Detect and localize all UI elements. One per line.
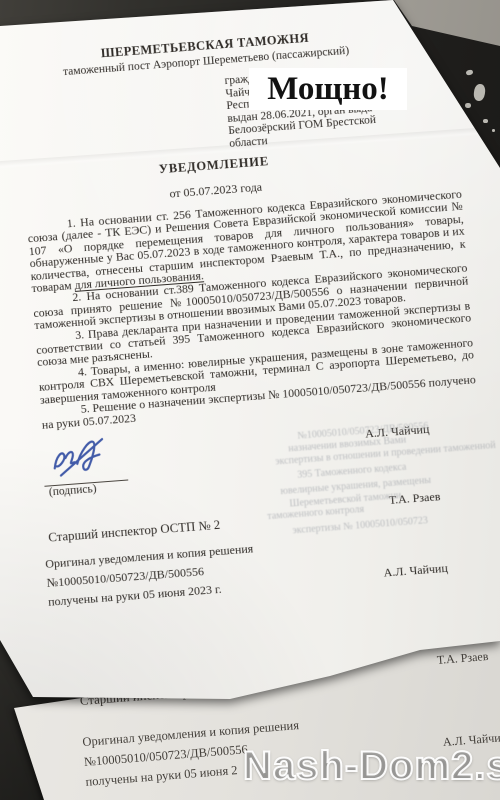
photo-of-document: Т.А. Рзаев Старший инспектор ОСТП № 2 Ор… (0, 0, 500, 800)
watermark-text: Nash-Dom2.su (243, 744, 500, 789)
meme-caption-text: Мощно! (267, 73, 389, 106)
signature-label: (подпись) (48, 483, 97, 499)
signatory-name-rzaev: Т.А. Рзаев (388, 489, 441, 508)
signature-line (41, 431, 129, 487)
handwritten-signature (45, 431, 124, 481)
inspector-position-line: Старший инспектор ОСТП № 2 (48, 518, 221, 546)
meme-caption-box: Мощно! (249, 68, 407, 110)
notification-body: 1. На основании ст. 256 Таможенного коде… (0, 185, 500, 434)
signatory-name-chaychits: А.Л. Чайчиц (383, 561, 448, 581)
signatory-name-chaychits: А.Л. Чайчиц (365, 422, 430, 442)
receipt-note: Оригинал уведомления и копия решения №10… (45, 539, 257, 611)
paper-sheet: ШЕРЕМЕТЬЕВСКАЯ ТАМОЖНЯ таможенный пост А… (0, 0, 500, 800)
notification-document: ШЕРЕМЕТЬЕВСКАЯ ТАМОЖНЯ таможенный пост А… (0, 17, 500, 668)
signature-area: А.Л. Чайчиц (подпись) Т.А. Рзаев (0, 395, 500, 668)
